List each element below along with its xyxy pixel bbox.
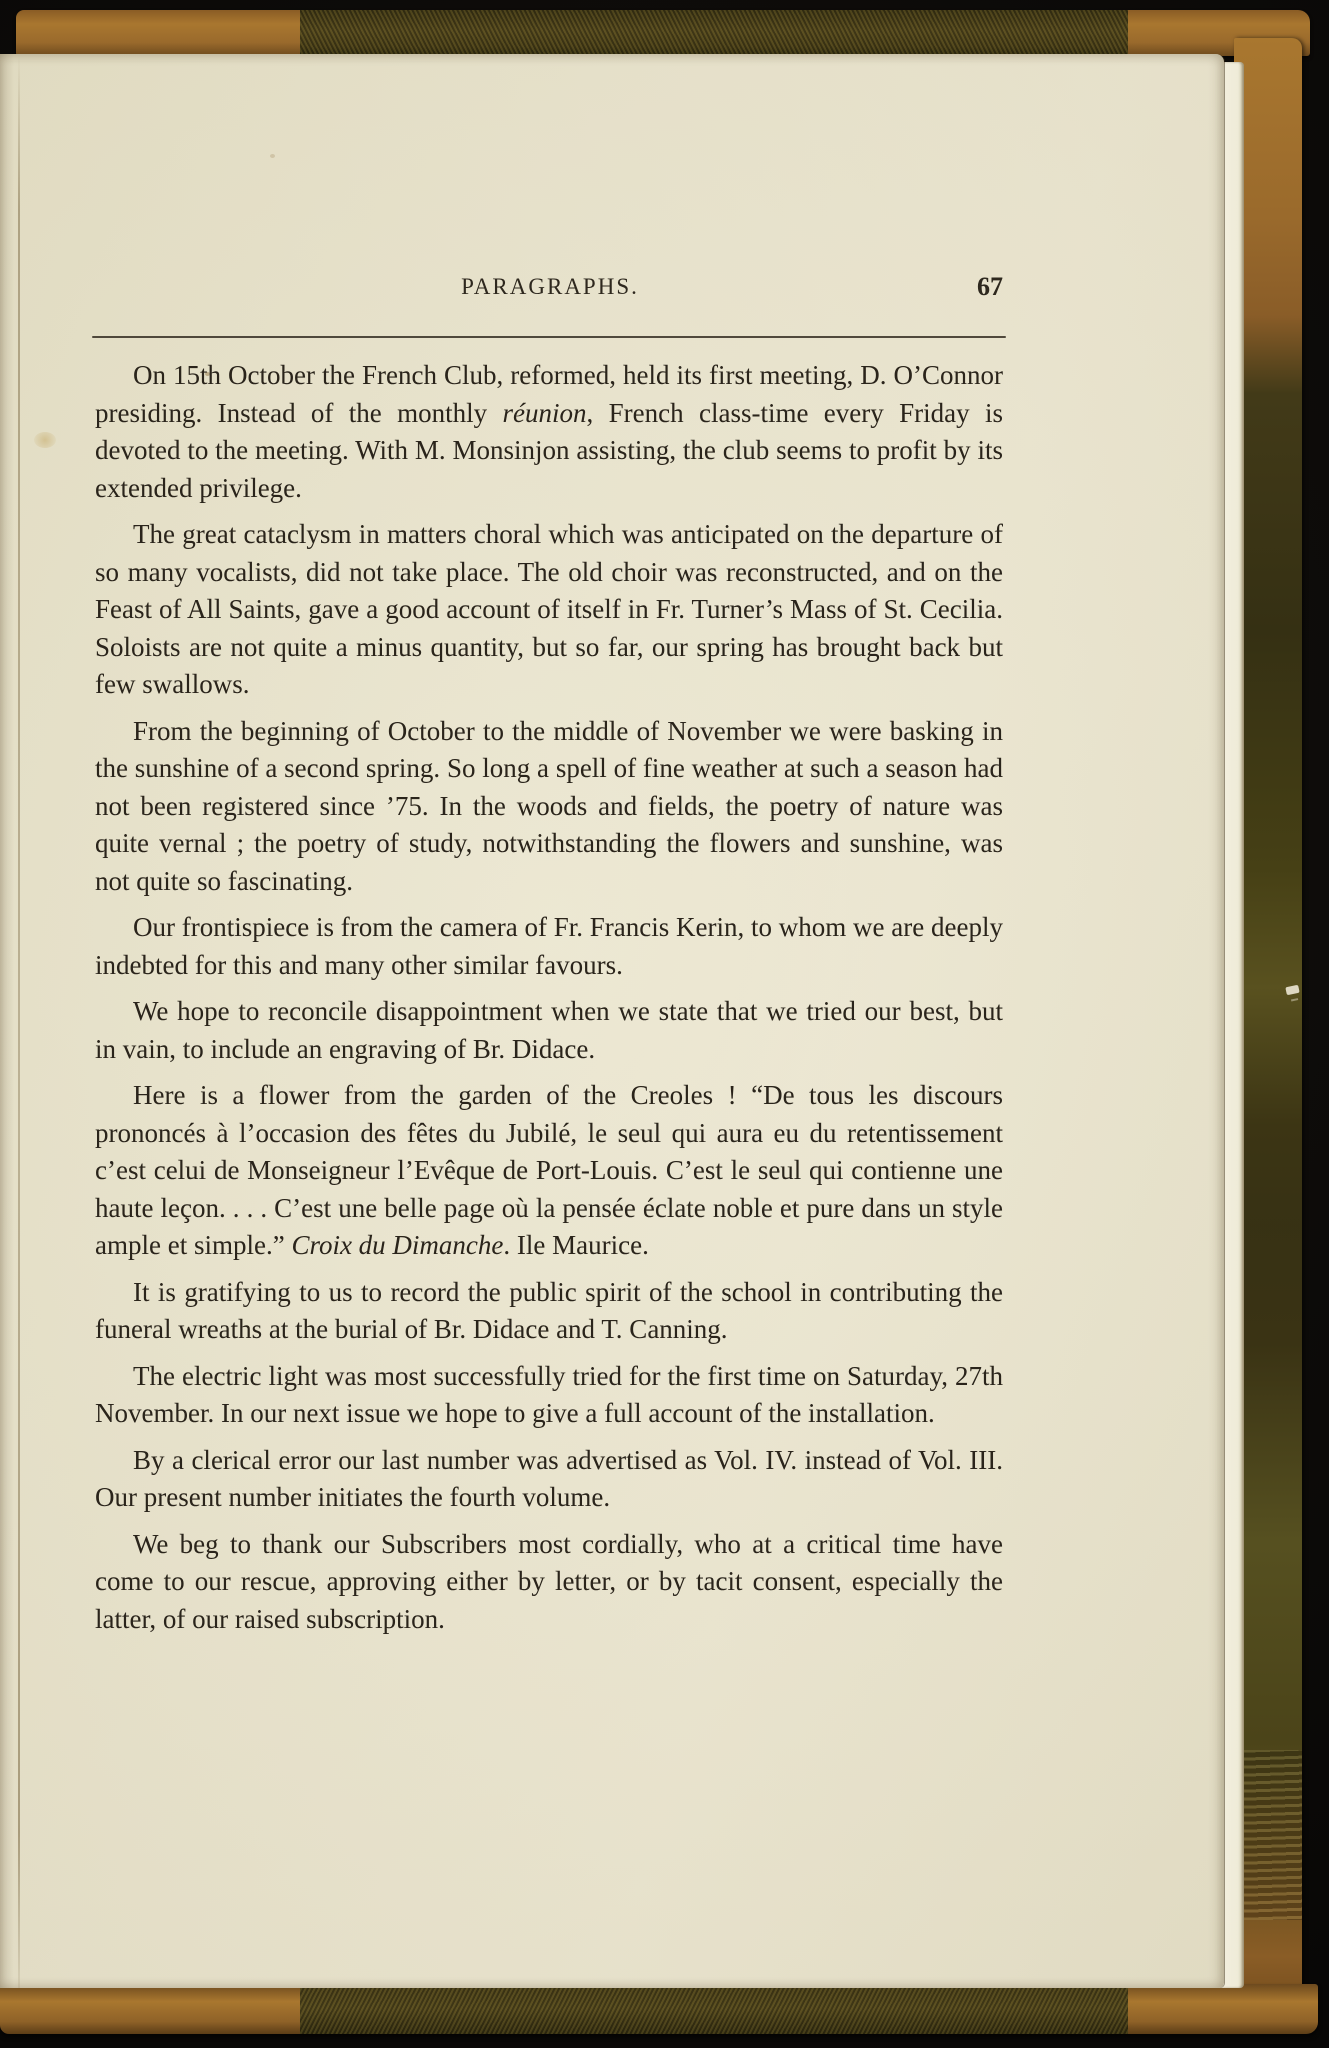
paragraph-text: From the beginning of October to the mid… xyxy=(95,716,1003,896)
paragraph-text: By a clerical error our last number was … xyxy=(95,1445,1003,1513)
book-cover-top-edge xyxy=(16,10,1310,56)
paragraph-text: . Ile Maurice. xyxy=(503,1230,648,1260)
cover-wear-nick xyxy=(1285,985,1299,996)
paragraph: The great cataclysm in matters choral wh… xyxy=(95,516,1003,704)
page-stain xyxy=(34,432,56,448)
paragraph-text: Our frontispiece is from the camera of F… xyxy=(95,912,1003,980)
paragraph-text: The electric light was most successfully… xyxy=(95,1361,1003,1429)
page-left-shading xyxy=(0,54,14,1988)
paragraph: The electric light was most successfully… xyxy=(95,1358,1003,1433)
book-cover-bottom-edge xyxy=(0,1984,1318,2034)
page-number: 67 xyxy=(977,272,1003,302)
cover-cloth-top xyxy=(300,10,1128,56)
paragraph-text: The great cataclysm in matters choral wh… xyxy=(95,519,1003,699)
page-gutter-crease xyxy=(18,54,20,1988)
header-rule xyxy=(92,336,1006,338)
paragraph: On 15th October the French Club, reforme… xyxy=(95,357,1003,507)
book-page: PARAGRAPHS. 67 On 15th October the Frenc… xyxy=(0,54,1224,1988)
page-body: On 15th October the French Club, reforme… xyxy=(95,357,1003,1638)
book-cover-right-edge xyxy=(1234,38,1302,2016)
page-speck xyxy=(270,154,275,158)
paragraph-italic-text: réunion xyxy=(503,398,587,428)
paragraph-italic-text: Croix du Dimanche xyxy=(291,1230,503,1260)
paragraph: By a clerical error our last number was … xyxy=(95,1442,1003,1517)
paragraph: From the beginning of October to the mid… xyxy=(95,713,1003,901)
cover-cloth-bottom xyxy=(300,1984,1128,2034)
page-heading: PARAGRAPHS. xyxy=(95,274,1005,300)
paragraph: Our frontispiece is from the camera of F… xyxy=(95,909,1003,984)
paragraph: We hope to reconcile disappointment when… xyxy=(95,993,1003,1068)
paragraph: We beg to thank our Subscribers most cor… xyxy=(95,1526,1003,1639)
cover-cloth-ridges xyxy=(1234,1750,1302,1920)
paragraph-text: We hope to reconcile disappointment when… xyxy=(95,996,1003,1064)
book-photo: PARAGRAPHS. 67 On 15th October the Frenc… xyxy=(0,0,1329,2048)
paragraph-text: We beg to thank our Subscribers most cor… xyxy=(95,1529,1003,1634)
paragraph-text: It is gratifying to us to record the pub… xyxy=(95,1277,1003,1345)
paragraph: Here is a flower from the garden of the … xyxy=(95,1077,1003,1265)
running-header: PARAGRAPHS. 67 xyxy=(95,274,1005,308)
paragraph: It is gratifying to us to record the pub… xyxy=(95,1274,1003,1349)
